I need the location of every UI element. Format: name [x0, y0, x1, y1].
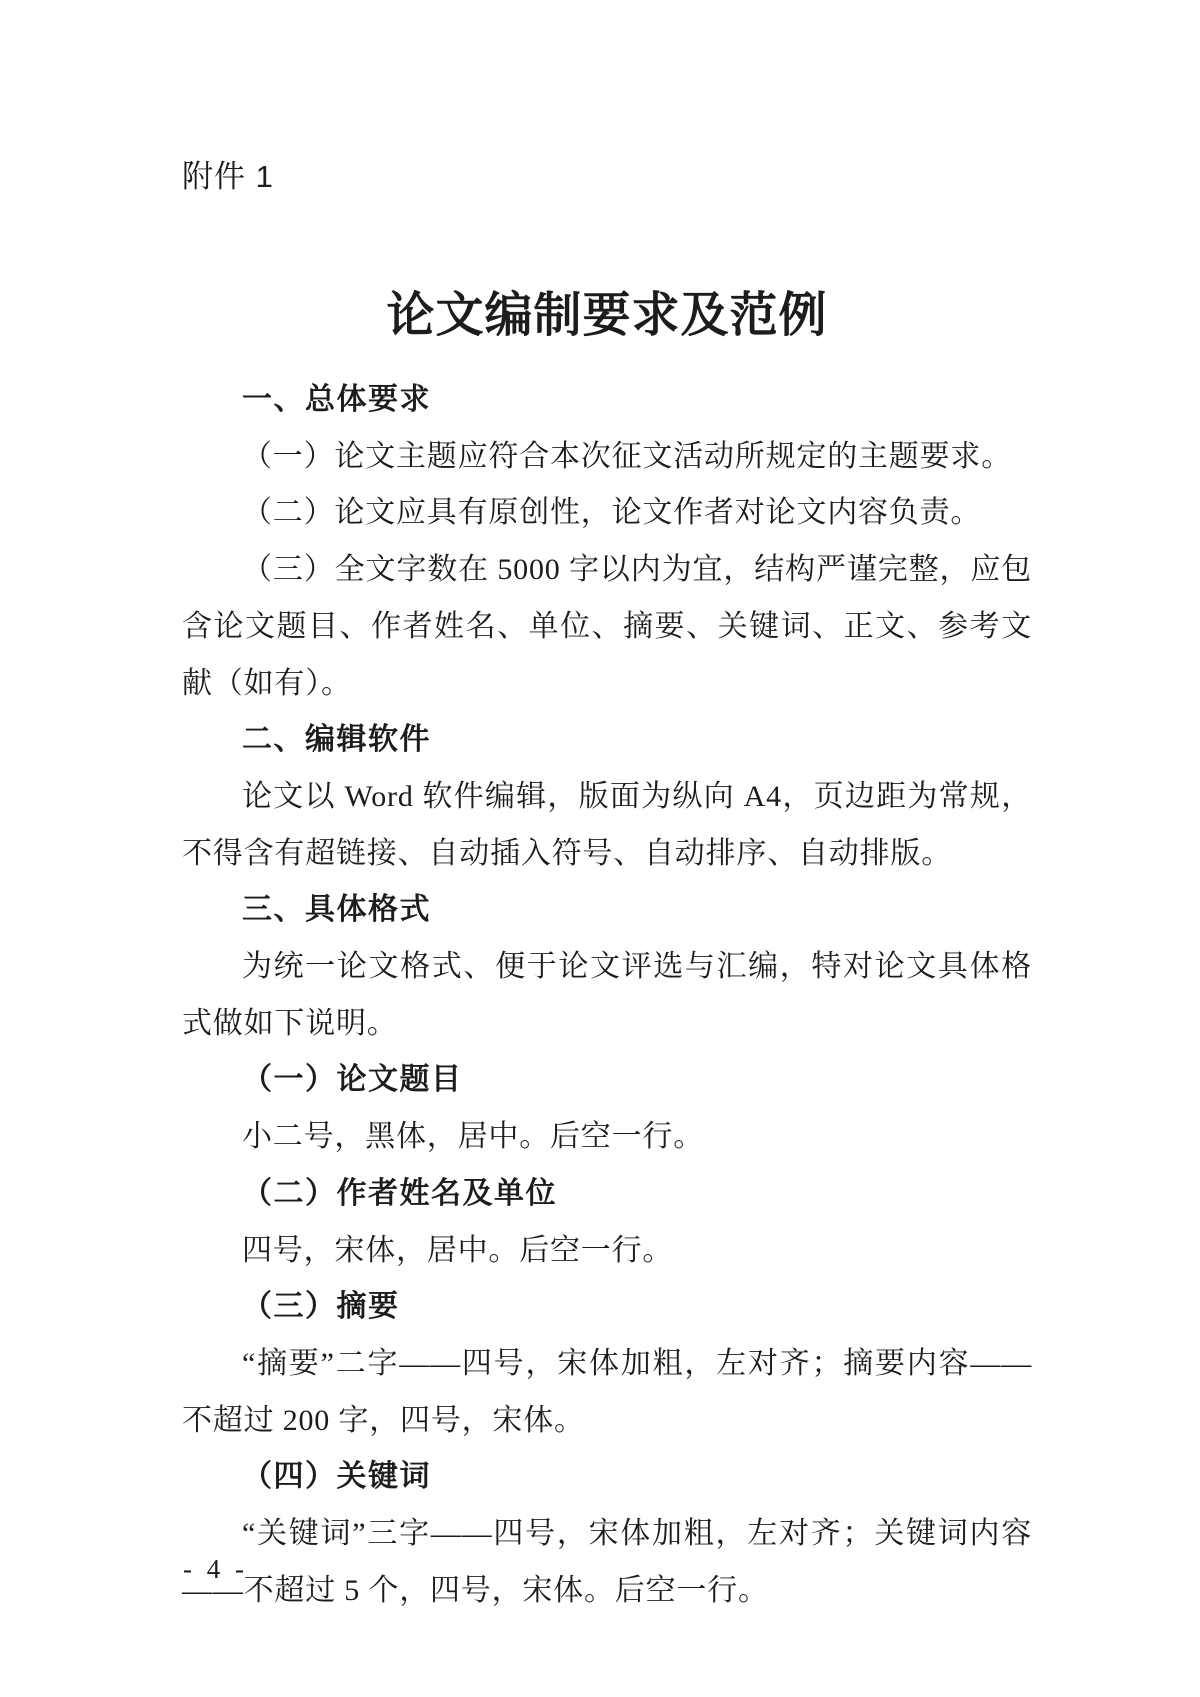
section-heading-editing-software: 二、编辑软件 — [182, 712, 1032, 769]
attachment-label: 附件 1 — [182, 156, 274, 198]
body-paragraph: 为统一论文格式、便于论文评选与汇编，特对论文具体格式做如下说明。 — [182, 939, 1032, 1052]
body-paragraph: “摘要”二字——四号，宋体加粗，左对齐；摘要内容——不超过 200 字，四号，宋… — [182, 1336, 1032, 1449]
subheading-author-name-and-unit: （二）作者姓名及单位 — [182, 1166, 1032, 1223]
subheading-abstract: （三）摘要 — [182, 1279, 1032, 1336]
document-title: 论文编制要求及范例 — [182, 288, 1032, 344]
document-body: 一、总体要求 （一）论文主题应符合本次征文活动所规定的主题要求。 （二）论文应具… — [182, 372, 1032, 1619]
body-paragraph: （二）论文应具有原创性，论文作者对论文内容负责。 — [182, 485, 1032, 542]
body-paragraph: 小二号，黑体，居中。后空一行。 — [182, 1109, 1032, 1166]
subheading-paper-title: （一）论文题目 — [182, 1052, 1032, 1109]
body-paragraph: （三）全文字数在 5000 字以内为宜，结构严谨完整，应包含论文题目、作者姓名、… — [182, 542, 1032, 712]
section-heading-specific-format: 三、具体格式 — [182, 882, 1032, 939]
body-paragraph: 四号，宋体，居中。后空一行。 — [182, 1223, 1032, 1280]
body-paragraph: （一）论文主题应符合本次征文活动所规定的主题要求。 — [182, 429, 1032, 486]
page-number: - 4 - — [183, 1551, 248, 1587]
body-paragraph: “关键词”三字——四号，宋体加粗，左对齐；关键词内容——不超过 5 个，四号，宋… — [182, 1506, 1032, 1619]
section-heading-general-requirements: 一、总体要求 — [182, 372, 1032, 429]
document-page: 附件 1 论文编制要求及范例 一、总体要求 （一）论文主题应符合本次征文活动所规… — [0, 0, 1200, 1697]
subheading-keywords: （四）关键词 — [182, 1449, 1032, 1506]
body-paragraph: 论文以 Word 软件编辑，版面为纵向 A4，页边距为常规，不得含有超链接、自动… — [182, 769, 1032, 882]
